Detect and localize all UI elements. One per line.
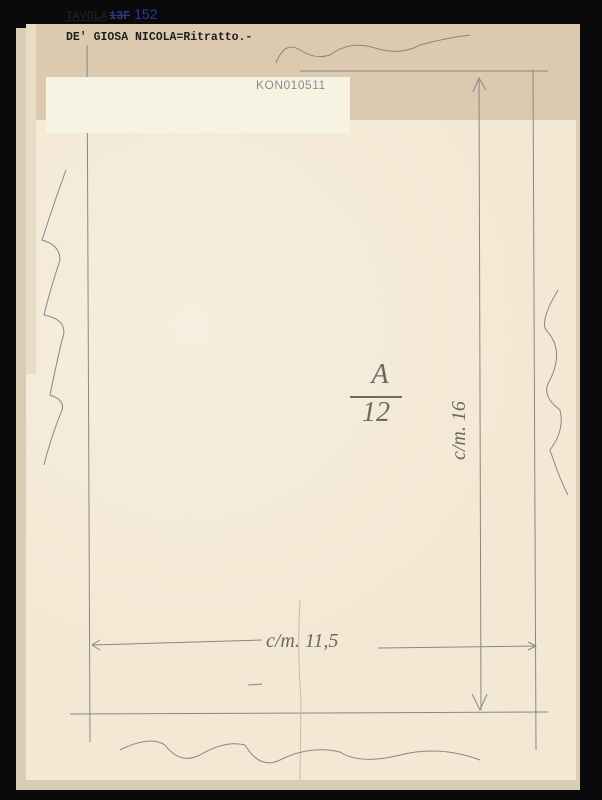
old-plate-number: 13F xyxy=(109,10,130,23)
mark-denominator: 12 xyxy=(350,396,402,428)
width-dimension-label: c/m. 11,5 xyxy=(266,630,338,653)
mark-numerator: A xyxy=(371,359,388,390)
height-arrow-line xyxy=(479,80,481,710)
wavy-line-top xyxy=(276,35,470,63)
new-plate-number: 152 xyxy=(134,6,157,22)
label-title-line: TAVOLA13F152 xyxy=(66,6,158,23)
center-catalog-mark: A 12 xyxy=(350,360,410,428)
height-dimension-label: c/m. 16 xyxy=(448,401,471,460)
height-arrow-bottom xyxy=(472,694,487,710)
crop-line-bottom xyxy=(70,712,548,714)
width-arrow-line-right xyxy=(378,646,536,648)
crop-line-left xyxy=(87,45,90,742)
wavy-line-left xyxy=(42,170,66,465)
small-dash xyxy=(248,684,262,685)
crop-line-right xyxy=(533,70,536,750)
width-arrow-line-left xyxy=(92,640,262,645)
label-subject-line: DE' GIOSA NICOLA=Ritratto.- xyxy=(66,31,252,44)
inventory-number: KON010511 xyxy=(256,78,326,92)
wavy-line-right xyxy=(545,290,569,495)
tavola-word: TAVOLA xyxy=(66,10,107,23)
